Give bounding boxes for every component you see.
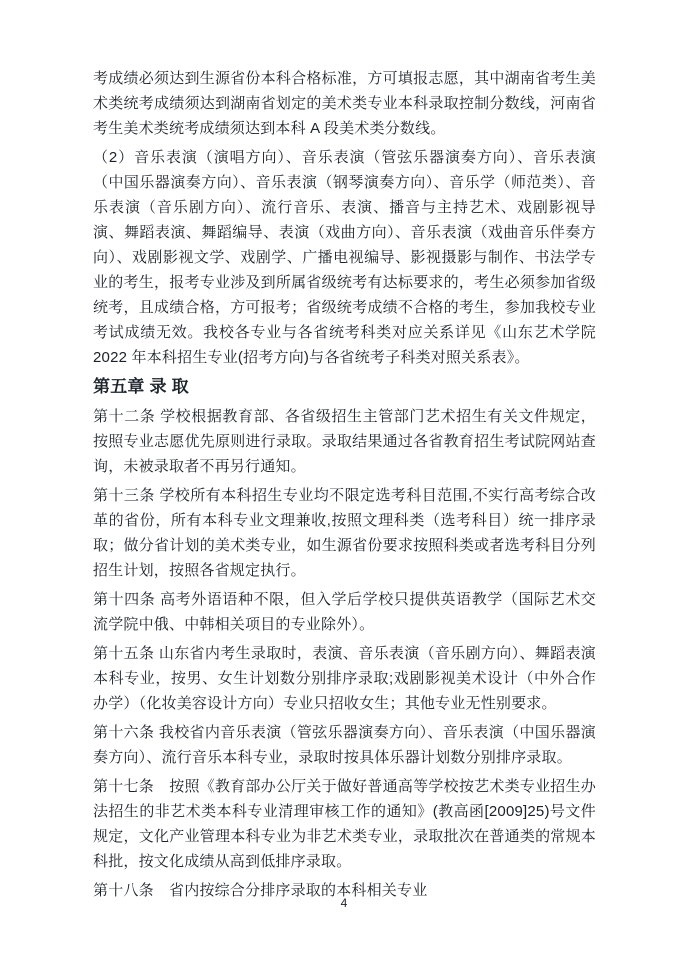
- paragraph-item2-music-majors: （2）音乐表演（演唱方向）、音乐表演（管弦乐器演奏方向）、音乐表演（中国乐器演奏…: [93, 145, 596, 370]
- article-14: 第十四条 高考外语语种不限，但入学后学校只提供英语教学（国际艺术交流学院中俄、中…: [93, 587, 596, 637]
- page-number: 4: [341, 896, 348, 910]
- paragraph-continuation: 考成绩必须达到生源省份本科合格标准，方可填报志愿，其中湖南省考生美术类统考成绩须…: [93, 66, 596, 141]
- chapter-heading-admission: 第五章 录 取: [93, 374, 596, 399]
- page-content: 考成绩必须达到生源省份本科合格标准，方可填报志愿，其中湖南省考生美术类统考成绩须…: [93, 66, 596, 907]
- document-page: 考成绩必须达到生源省份本科合格标准，方可填报志愿，其中湖南省考生美术类统考成绩须…: [0, 0, 688, 972]
- article-17: 第十七条 按照《教育部办公厅关于做好普通高等学校按艺术类专业招生办法招生的非艺术…: [93, 774, 596, 874]
- article-16: 第十六条 我校省内音乐表演（管弦乐器演奏方向）、音乐表演（中国乐器演奏方向）、流…: [93, 720, 596, 770]
- page-footer: 4: [0, 894, 688, 912]
- article-15: 第十五条 山东省内考生录取时，表演、音乐表演（音乐剧方向）、舞蹈表演本科专业，按…: [93, 641, 596, 716]
- article-12: 第十二条 学校根据教育部、各省级招生主管部门艺术招生有关文件规定，按照专业志愿优…: [93, 404, 596, 479]
- article-13: 第十三条 学校所有本科招生专业均不限定选考科目范围,不实行高考综合改革的省份，所…: [93, 483, 596, 583]
